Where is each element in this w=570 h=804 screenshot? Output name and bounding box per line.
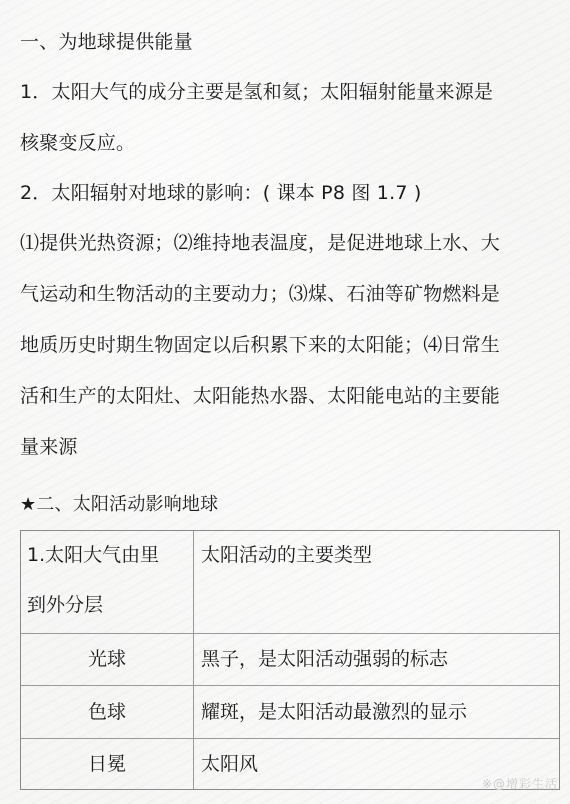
header-layers-line-1: 1.太阳大气由里 [27, 543, 159, 567]
item-2-line-5: 活和生产的太阳灶、太阳能热水器、太阳能电站的主要能 [20, 384, 500, 408]
header-layers-line-2: 到外分层 [27, 593, 103, 617]
layer-cell: 色球 [21, 686, 194, 738]
item-1-line-1: 1．太阳大气的成分主要是氢和氦；太阳辐射能量来源是 [20, 80, 493, 104]
layer-photosphere: 光球 [21, 647, 193, 671]
item-2-line-2: ⑴提供光热资源；⑵维持地表温度，是促进地球上水、大 [20, 231, 500, 255]
item-2-line-1: 2．太阳辐射对地球的影响：( 课本 P8 图 1.7 ) [20, 181, 421, 205]
item-2-line-6: 量来源 [20, 435, 78, 459]
activity-sunspots: 黑子，是太阳活动强弱的标志 [201, 647, 448, 671]
activity-flares: 耀斑，是太阳活动最激烈的显示 [201, 700, 467, 724]
watermark-text: ※@增彩生活 [482, 775, 558, 792]
activity-cell: 耀斑，是太阳活动最激烈的显示 [194, 686, 559, 738]
layer-chromosphere: 色球 [21, 700, 193, 724]
item-1-line-2: 核聚变反应。 [20, 131, 135, 155]
table-row: 色球 耀斑，是太阳活动最激烈的显示 [21, 686, 559, 739]
table-header-row: 1.太阳大气由里 到外分层 太阳活动的主要类型 [21, 531, 559, 634]
header-cell-layers: 1.太阳大气由里 到外分层 [21, 531, 194, 633]
solar-activity-table: 1.太阳大气由里 到外分层 太阳活动的主要类型 光球 黑子，是太阳活动强弱的标志… [20, 530, 560, 790]
header-activity-types: 太阳活动的主要类型 [201, 543, 372, 567]
section-1-title: 一、为地球提供能量 [20, 30, 193, 54]
layer-corona: 日冕 [21, 752, 193, 776]
item-2-line-3: 气运动和生物活动的主要动力；⑶煤、石油等矿物燃料是 [20, 282, 500, 306]
activity-solar-wind: 太阳风 [201, 752, 258, 776]
item-2-line-4: 地质历史时期生物固定以后积累下来的太阳能；⑷日常生 [20, 333, 500, 357]
layer-cell: 日冕 [21, 739, 194, 789]
table-row: 日冕 太阳风 [21, 739, 559, 789]
section-2-title: ★二、太阳活动影响地球 [20, 493, 218, 517]
table-row: 光球 黑子，是太阳活动强弱的标志 [21, 634, 559, 686]
activity-cell: 黑子，是太阳活动强弱的标志 [194, 634, 559, 685]
header-cell-activity-types: 太阳活动的主要类型 [194, 531, 559, 633]
layer-cell: 光球 [21, 634, 194, 685]
